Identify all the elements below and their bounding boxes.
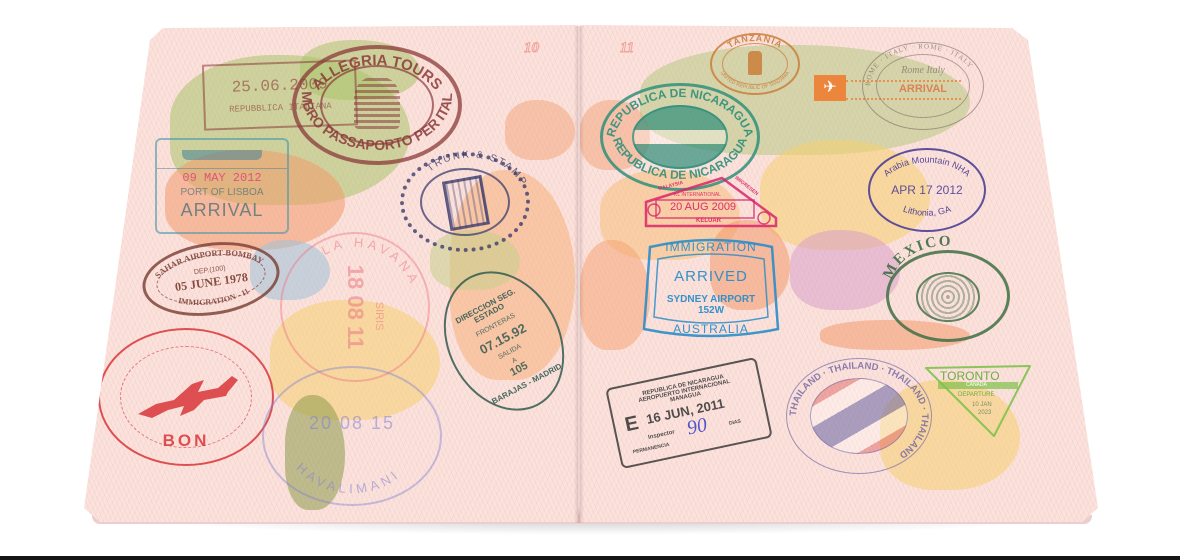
stamp-rome-italy: ROME · ITALY · ROME · ITALY Rome Italy A… (862, 42, 984, 130)
svg-text:ALLEGRIA TOURS: ALLEGRIA TOURS (309, 52, 446, 94)
stamp-havalimani: 20 08 15 HAVALIMANI (262, 366, 442, 506)
allegria-top-text: ALLEGRIA TOURS (309, 52, 446, 94)
stamp-mexico: MEXICO (886, 250, 1010, 342)
stamp-port-of-lisboa: 09 MAY 2012 PORT OF LISBOA ARRIVAL (155, 138, 289, 234)
passport-spine (574, 26, 584, 523)
stamp-toronto-canada: TORONTO CANADA DEPARTURE 10 JAN 2023 (922, 362, 1034, 440)
page-number-left: 10 (524, 40, 539, 57)
stamp-malaysia-kl-international: MALAYSIA IMIGRESEN KL INTERNATIONAL 20 A… (644, 174, 778, 228)
stamp-arabia-mountain-nha: Arabia Mountain NHA Lithonia, GA APR 17 … (868, 148, 986, 232)
stamp-sahar-airport-bombay: SAHAR AIRPORT BOMBAY IMMIGRATION - 11 DE… (138, 234, 285, 325)
allegria-bottom-text: TIMBRO PASSAPORTO PER ITALIA (287, 32, 455, 153)
map-europe-left (505, 100, 575, 160)
svg-text:REPUBLICA DE NICARAGUA: REPUBLICA DE NICARAGUA (604, 86, 757, 139)
page-number-right: 11 (620, 40, 634, 57)
svg-text:THAILAND · THAILAND · THAILAND: THAILAND · THAILAND · THAILAND · THAILAN… (788, 360, 930, 460)
stamp-bon-airplane: BON (98, 328, 274, 466)
airplane-icon (134, 366, 242, 424)
stamp-trunk-and-stamp: TRUNK & STAMP (400, 152, 530, 252)
bottom-border (0, 556, 1180, 560)
ship-icon (182, 150, 262, 160)
svg-text:TIMBRO PASSAPORTO PER ITALIA: TIMBRO PASSAPORTO PER ITALIA (287, 32, 455, 153)
svg-text:Arabia Mountain NHA: Arabia Mountain NHA (882, 154, 973, 178)
stamp-immigration-australia: IMMIGRATION ARRIVED SYDNEY AIRPORT 152W … (636, 237, 786, 340)
svg-text:HAVALIMANI: HAVALIMANI (293, 460, 403, 497)
passport-scene: 10 25.06.2009 REPUBBLICA ITALIANA ALLEGR… (0, 0, 1180, 556)
svg-text:TANZANIA: TANZANIA (725, 33, 784, 50)
stamp-aeropuerto-managua: REPUBLICA DE NICARAGUA AEROPUERTO INTERN… (605, 357, 773, 469)
svg-text:Lithonia, GA: Lithonia, GA (902, 204, 952, 218)
stamp-allegria-tours: ALLEGRIA TOURS TIMBRO PASSAPORTO PER ITA… (292, 45, 462, 165)
svg-text:TRUNK & STAMP: TRUNK & STAMP (425, 149, 529, 188)
airplane-badge-icon: ✈ (814, 75, 846, 101)
stamp-thailand: THAILAND · THAILAND · THAILAND · THAILAN… (786, 358, 932, 474)
